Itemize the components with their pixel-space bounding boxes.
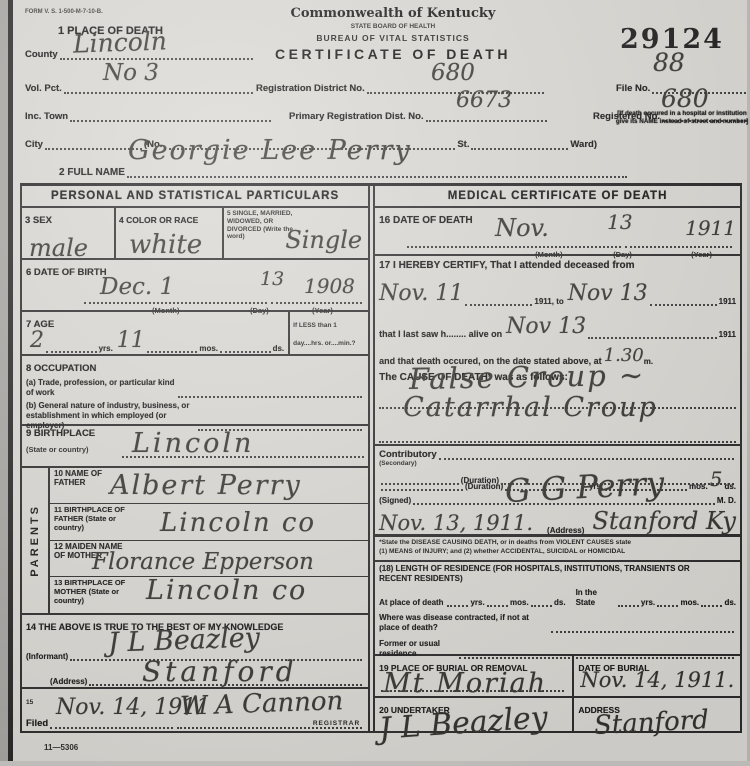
res-ds-label: ds. <box>554 598 566 607</box>
city-label: City <box>25 139 43 150</box>
occupation-a-leader <box>178 386 362 398</box>
personal-particulars-column: PERSONAL AND STATISTICAL PARTICULARS 3 S… <box>22 186 368 731</box>
death-time-suffix: m. <box>644 357 653 366</box>
full-name-leader <box>127 166 627 178</box>
residence-block: (18) LENGTH OF RESIDENCE (FOR HOSPITALS,… <box>375 562 740 656</box>
contributory-block: Contributory (Secondary) (Duration) G G … <box>375 446 740 536</box>
inc-town-label: Inc. Town <box>25 111 68 122</box>
county-label: County <box>25 49 58 60</box>
undertaker-row: 20 UNDERTAKER J L Beazley ADDRESS Stanfo… <box>375 698 740 731</box>
father-birthplace-label: 11 BIRTHPLACE OF FATHER (State or countr… <box>54 505 146 532</box>
registrar-signature: W A Cannon <box>180 686 344 722</box>
scan-edge-left <box>0 0 8 766</box>
contributory-duration-label: (Duration) <box>461 476 499 485</box>
registered-no-value: 680 <box>661 84 709 113</box>
registration-district-label: Registration District No. <box>256 83 365 94</box>
file-no-label: File No. <box>616 83 650 94</box>
father-name-row: 10 NAME OF FATHER Albert Perry <box>50 468 368 505</box>
last-saw-leader <box>588 327 717 339</box>
sex-label: 3 SEX <box>25 215 52 226</box>
at-place-label: At place of death <box>379 598 445 608</box>
birthplace-sub-label: (State or country) <box>26 445 89 454</box>
medical-certificate-column: MEDICAL CERTIFICATE OF DEATH 16 DATE OF … <box>375 186 740 731</box>
age-ds-label: ds. <box>273 344 285 353</box>
res-leader2 <box>487 595 508 607</box>
age-years-value: 2 <box>30 328 44 353</box>
mother-birthplace-label: 13 BIRTHPLACE OF MOTHER (State or countr… <box>54 578 146 605</box>
form-number: FORM V. S. 1-500-M-7-10-B. <box>25 9 103 15</box>
signed-address-label: (Address) <box>547 526 584 535</box>
commonwealth-title: Commonwealth of Kentucky <box>243 6 543 21</box>
parents-label-text: PARENTS <box>29 504 41 577</box>
contributory-leader <box>439 448 734 460</box>
informant-label: (Informant) <box>26 652 68 661</box>
mother-birthplace-row: 13 BIRTHPLACE OF MOTHER (State or countr… <box>50 577 368 613</box>
sex-color-marital-row: 3 SEX male 4 COLOR OR RACE white 5 SINGL… <box>22 208 368 260</box>
informant-address-value: Stanford <box>142 655 298 688</box>
age-row: 7 AGE 2 yrs. 11 mos. ds. If LESS than 1 … <box>22 312 368 356</box>
to-label: , to <box>552 297 564 306</box>
registrar-label: REGISTRAR <box>313 720 360 727</box>
birthplace-row: 9 BIRTHPLACE (State or country) Lincoln <box>22 426 368 468</box>
full-name-value: Georgie Lee Perry <box>128 135 412 166</box>
undertaker-address-value: Stanford <box>594 705 710 741</box>
occupation-row: 8 OCCUPATION (a) Trade, profession, or p… <box>22 356 368 426</box>
res-yrs-label: yrs. <box>470 598 484 607</box>
parents-block: PARENTS 10 NAME OF FATHER Albert Perry 1… <box>22 468 368 616</box>
birthplace-leader <box>122 446 364 458</box>
res-leader1 <box>447 595 468 607</box>
mother-maiden-row: 12 MAIDEN NAME OF MOTHER Florance Eppers… <box>50 541 368 578</box>
attended-to-date: Nov 13 <box>568 281 648 306</box>
footnote-line1: *State the DISEASE CAUSING DEATH, or in … <box>379 539 736 548</box>
occupation-label: 8 OCCUPATION <box>26 363 96 374</box>
informant-block: 14 THE ABOVE IS TRUE TO THE BEST OF MY K… <box>22 615 368 689</box>
mother-maiden-value: Florance Epperson <box>92 549 314 575</box>
city-st-label: St. <box>457 139 469 150</box>
age-mos-label: mos. <box>199 344 218 353</box>
vol-pct-value: No 3 <box>103 60 159 86</box>
scan-edge-bottom <box>0 761 750 766</box>
age-months-value: 11 <box>117 328 145 353</box>
informant-address-label: (Address) <box>50 677 87 686</box>
informant-value: J L Beazley <box>108 622 261 658</box>
certify-intro: 17 I HEREBY CERTIFY, That I attended dec… <box>379 260 736 271</box>
full-name-label: 2 FULL NAME <box>59 167 125 178</box>
age-yrs-label: yrs. <box>99 344 113 353</box>
vol-pct-label: Vol. Pct. <box>25 83 62 94</box>
parents-vertical-label: PARENTS <box>22 468 50 614</box>
cause-leader2 <box>379 431 736 443</box>
filed-block: 15 Filed Nov. 14, 1911 W A Cannon REGIST… <box>22 689 368 731</box>
in-state-label: In the State <box>576 588 616 607</box>
age-leader1 <box>46 341 97 353</box>
certify-leader1 <box>465 294 532 306</box>
inc-town-leader <box>70 110 271 122</box>
res-mos-label: mos. <box>510 598 529 607</box>
age-less-note: If LESS than 1 day....hrs. or....min.? <box>293 322 355 347</box>
attended-to-year: 1911 <box>719 297 736 306</box>
cause-value-line2: Catarrhal Croup <box>403 392 658 423</box>
bureau-label: BUREAU OF VITAL STATISTICS <box>243 33 543 43</box>
hospital-note: [If death occured in a hospital or insti… <box>613 110 750 126</box>
certificate-body: PERSONAL AND STATISTICAL PARTICULARS 3 S… <box>20 183 742 733</box>
footnote-line2: (1) MEANS of INJURY; and (2) whether ACC… <box>379 548 736 557</box>
city-ward-label: Ward) <box>570 139 597 150</box>
father-birthplace-value: Lincoln co <box>160 508 316 538</box>
color-race-value: white <box>129 230 219 260</box>
medical-section-title: MEDICAL CERTIFICATE OF DEATH <box>375 186 740 208</box>
contributory-duration-leader0 <box>381 473 459 485</box>
city-st-leader <box>471 138 568 150</box>
dod-day-value: 13 <box>607 210 632 234</box>
signed-date: Nov. 13, 1911. <box>379 511 533 535</box>
county-value: Lincoln <box>73 26 168 58</box>
last-saw-label: that I last saw h........ alive on <box>379 329 502 339</box>
last-saw-year: 1911 <box>719 330 736 339</box>
age-leader2 <box>147 341 198 353</box>
dod-leader1 <box>407 236 621 248</box>
dod-leader2 <box>625 236 732 248</box>
filed-label: Filed <box>26 718 48 729</box>
header-center: Commonwealth of Kentucky STATE BOARD OF … <box>243 6 543 62</box>
personal-section-title: PERSONAL AND STATISTICAL PARTICULARS <box>22 186 368 208</box>
father-birthplace-row: 11 BIRTHPLACE OF FATHER (State or countr… <box>50 504 368 541</box>
footnote-block: *State the DISEASE CAUSING DEATH, or in … <box>375 536 740 562</box>
where-contracted-label: Where was disease contracted, if not at … <box>379 613 549 633</box>
date-of-birth-row: 6 DATE OF BIRTH Dec. 1 13 1908 (Month) (… <box>22 260 368 312</box>
dod-label: 16 DATE OF DEATH <box>379 215 473 226</box>
burial-row: 19 PLACE OF BURIAL OR REMOVAL Mt Moriah … <box>375 656 740 698</box>
residence-label: (18) LENGTH OF RESIDENCE (FOR HOSPITALS,… <box>379 564 709 584</box>
contracted-leader <box>551 621 734 633</box>
primary-registration-label: Primary Registration Dist. No. <box>289 111 424 122</box>
dob-day-value: 13 <box>260 268 284 290</box>
occupation-a-label: (a) Trade, profession, or particular kin… <box>26 378 176 398</box>
res-leader3 <box>531 595 552 607</box>
contributory-secondary-label: (Secondary) <box>379 460 736 467</box>
age-leader3 <box>220 341 271 353</box>
signed-address-value: Stanford Ky <box>592 507 736 535</box>
death-certificate-scan: FORM V. S. 1-500-M-7-10-B. 1 PLACE OF DE… <box>0 0 750 766</box>
res-leader5 <box>657 595 678 607</box>
res-leader4 <box>618 595 639 607</box>
signed-label: (Signed) <box>379 496 411 505</box>
primary-registration-value: 6673 <box>456 88 512 113</box>
color-race-label: 4 COLOR OR RACE <box>119 215 198 225</box>
burial-place-leader <box>381 680 564 692</box>
filed-item-number: 15 <box>26 699 33 706</box>
form-footer-number: 11—5306 <box>44 743 78 752</box>
certification-block: 17 I HEREBY CERTIFY, That I attended dec… <box>375 256 740 446</box>
burial-date-value: Nov. 14, 1911. <box>580 668 734 692</box>
certificate-title: CERTIFICATE OF DEATH <box>243 46 543 62</box>
column-divider <box>368 186 375 731</box>
attended-from-year: 1911 <box>534 297 551 306</box>
res-leader6 <box>701 595 722 607</box>
last-saw-date: Nov 13 <box>506 314 586 339</box>
date-of-death-row: 16 DATE OF DEATH Nov. 13 1911 (Month) (D… <box>375 208 740 256</box>
sex-value: male <box>29 234 111 262</box>
registration-district-value: 680 <box>431 60 475 86</box>
state-board-label: STATE BOARD OF HEALTH <box>243 23 543 30</box>
certify-leader2 <box>650 294 717 306</box>
file-no-value: 88 <box>653 48 685 77</box>
cause-value-line1: False Croup ~ <box>409 358 646 396</box>
mother-birthplace-value: Lincoln co <box>146 575 307 606</box>
state-yrs-label: yrs. <box>641 598 655 607</box>
dob-label: 6 DATE OF BIRTH <box>26 267 107 278</box>
certificate-header: FORM V. S. 1-500-M-7-10-B. 1 PLACE OF DE… <box>13 0 750 183</box>
father-name-value: Albert Perry <box>110 470 302 501</box>
marital-value: Single <box>285 226 362 254</box>
md-label: M. D. <box>717 496 736 505</box>
state-mos-label: mos. <box>680 598 699 607</box>
contributory-label: Contributory <box>379 449 437 460</box>
attended-from-date: Nov. 11 <box>379 281 463 306</box>
state-ds-label: ds. <box>724 598 736 607</box>
